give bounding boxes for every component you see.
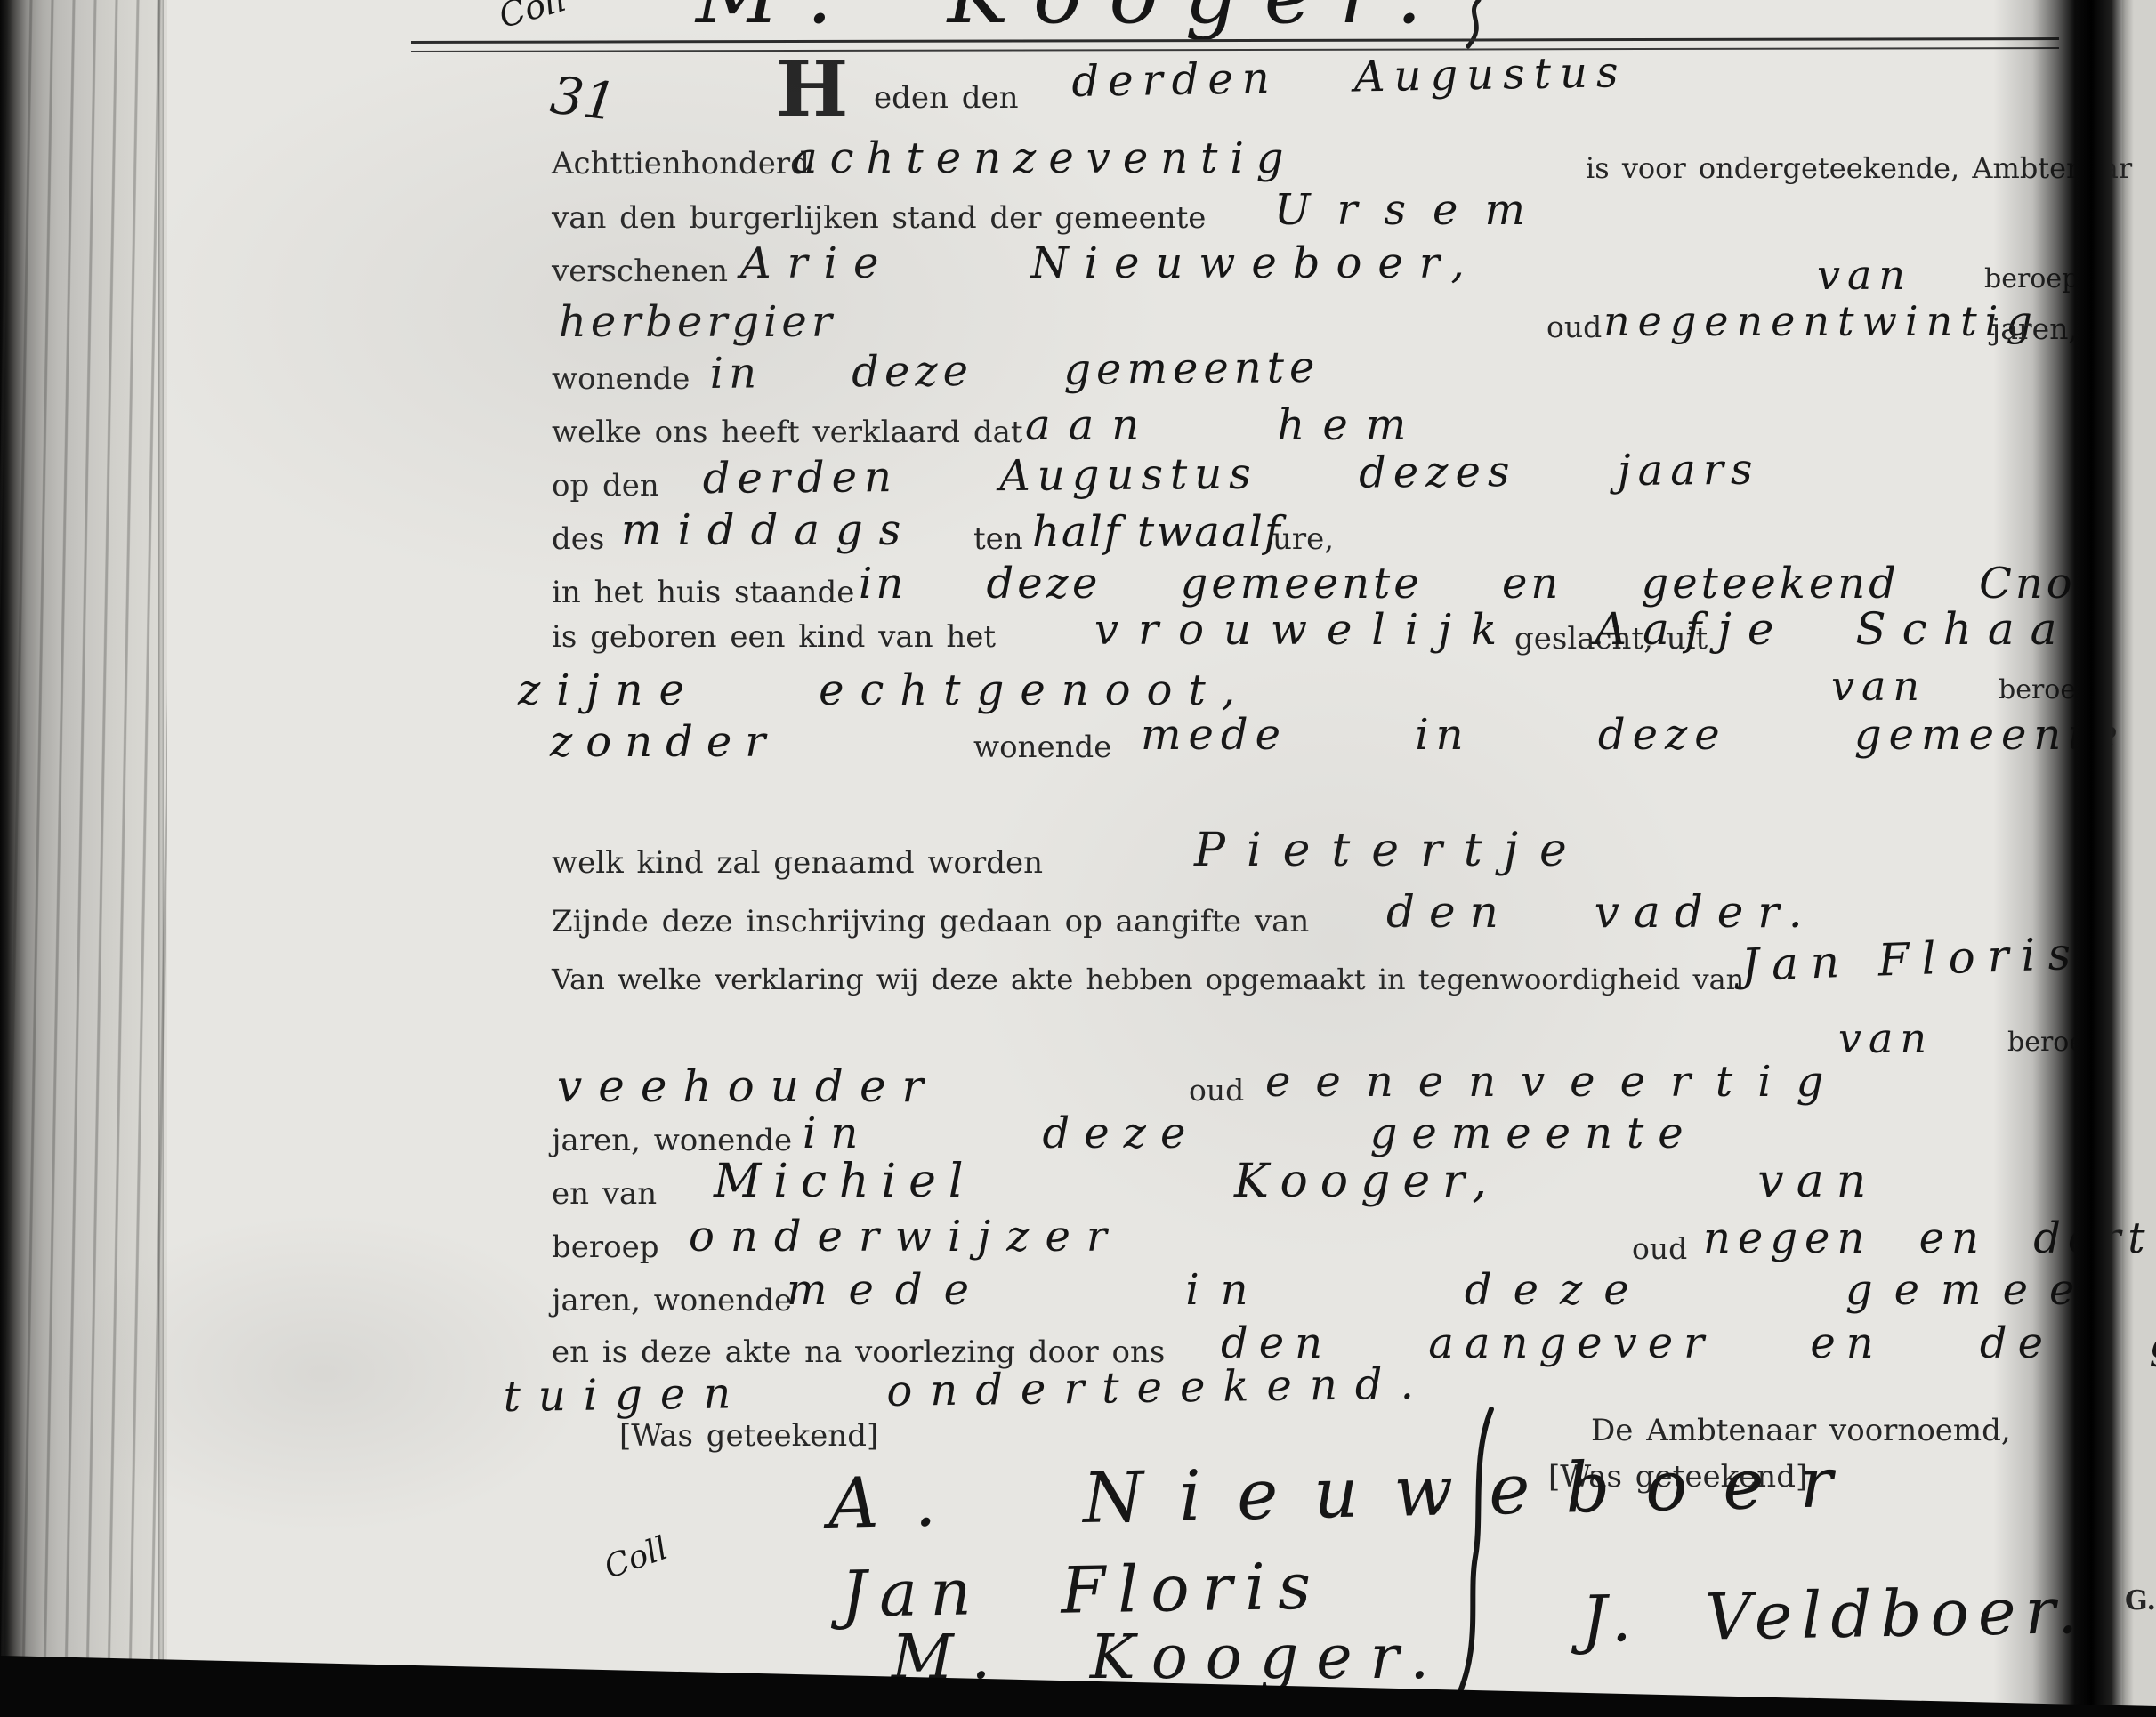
printed-ure: ure, — [1272, 521, 1334, 557]
hw-van-3: van — [1838, 1014, 1934, 1062]
hw-comparant-naam: Arie Nieuweboer, — [740, 238, 1481, 288]
hw-aangever: den vader. — [1386, 886, 1817, 938]
previous-act-signature: M. Kooger. — [696, 0, 1449, 42]
hw-huis: in deze gemeente en geteekend Cno. — [859, 559, 2092, 609]
printed-wonende-1: wonende — [552, 361, 690, 397]
hw-aan-hem: aan hem — [1025, 400, 1424, 450]
hw-van-1: van — [1817, 251, 1912, 299]
hw-opening-date: derden Augustus — [1071, 47, 1627, 107]
signature-declarant: A. Nieuweboer — [828, 1443, 1869, 1544]
printed-des: des — [552, 521, 604, 557]
printed-oud-1: oud — [1546, 310, 1602, 344]
dropcap-h: H — [776, 52, 848, 128]
printed-achttienhonderd: Achttienhonderd — [552, 146, 810, 181]
hw-beroep-getuige2: onderwijzer — [689, 1212, 1123, 1262]
hw-geslacht: vrouwelijk — [1094, 605, 1516, 655]
printed-is-geboren: is geboren een kind van het — [552, 619, 996, 655]
hw-echtgenoot: zijne echtgenoot, — [518, 665, 1251, 715]
hw-geboortedatum: derden Augustus dezes jaars — [703, 445, 1760, 504]
hw-getuige2-naam: Michiel Kooger, van — [714, 1155, 1878, 1208]
printed-oud-2: oud — [1189, 1073, 1244, 1108]
printed-oud-3: oud — [1632, 1231, 1687, 1266]
hw-kindsnaam: Pietertje — [1194, 824, 1588, 877]
hw-beroep-moeder: zonder — [550, 717, 779, 767]
printed-van-welke-verklaring: Van welke verklaring wij deze akte hebbe… — [552, 963, 1744, 996]
page-gutter-shadow — [1993, 0, 2134, 1717]
hw-tijd: half twaalf — [1032, 507, 1282, 557]
birth-certificate-scan: M. Kooger. Coll 31 H eden den derden Aug… — [0, 0, 2156, 1717]
printed-was-geteekend-links: [Was geteekend] — [619, 1418, 878, 1454]
printed-jaren-wonende-2: jaren, wonende — [552, 1283, 792, 1318]
printed-in-het-huis: in het huis staande — [552, 575, 854, 610]
hw-gemeente-naam: Ursem — [1274, 185, 1552, 235]
act-separator-rule — [411, 37, 2059, 52]
printed-zijnde-inschrijving: Zijnde deze inschrijving gedaan op aangi… — [552, 904, 1309, 939]
printed-ambtenaar-voornoemd: De Ambtenaar voornoemd, — [1591, 1413, 2011, 1448]
hw-woonplaats-getuige2: mede in deze gemee — [787, 1265, 2095, 1315]
hw-leeftijd-getuige1: eenenveertig — [1265, 1057, 1848, 1107]
coll-annotation-top: Coll — [495, 0, 570, 36]
hw-woonplaats-getuige1: in deze gemeente — [803, 1108, 1698, 1158]
printed-heden-den: eden den — [874, 80, 1019, 116]
printed-op-den: op den — [552, 468, 659, 504]
hw-beroep-getuige1: veehouder — [557, 1060, 939, 1112]
hw-woonplaats-moeder: mede in deze gemeente — [1141, 710, 2125, 760]
printed-gemeente-regel: van den burgerlijken stand der gemeente — [552, 200, 1206, 236]
printed-wonende-2: wonende — [973, 730, 1111, 765]
signature-witness1: Jan Floris — [841, 1549, 1324, 1632]
printed-welk-kind: welk kind zal genaamd worden — [552, 845, 1043, 881]
page-fold-line — [158, 0, 164, 1717]
hw-middags: middags — [621, 505, 917, 555]
printed-verschenen: verschenen — [552, 254, 728, 289]
printed-jaren-wonende-1: jaren, wonende — [552, 1123, 792, 1158]
hw-beroep-comparant: herbergier — [559, 297, 836, 347]
printed-welke-ons: welke ons heeft verklaard dat — [552, 415, 1023, 450]
book-page-edges — [0, 0, 167, 1717]
coll-annotation-bottom: Coll — [600, 1530, 673, 1586]
act-number: 31 — [547, 65, 620, 133]
printed-en-van: en van — [552, 1176, 657, 1212]
hw-woonplaats-comparant: in deze gemeente — [709, 343, 1320, 399]
printed-ten: ten — [973, 521, 1023, 557]
hw-year: achtenzeventig — [792, 133, 1296, 183]
printed-beroep-4: beroep — [552, 1229, 659, 1265]
hw-leeftijd-comparant: negenentwintig — [1603, 297, 2040, 345]
hw-van-2: van — [1831, 662, 1926, 710]
